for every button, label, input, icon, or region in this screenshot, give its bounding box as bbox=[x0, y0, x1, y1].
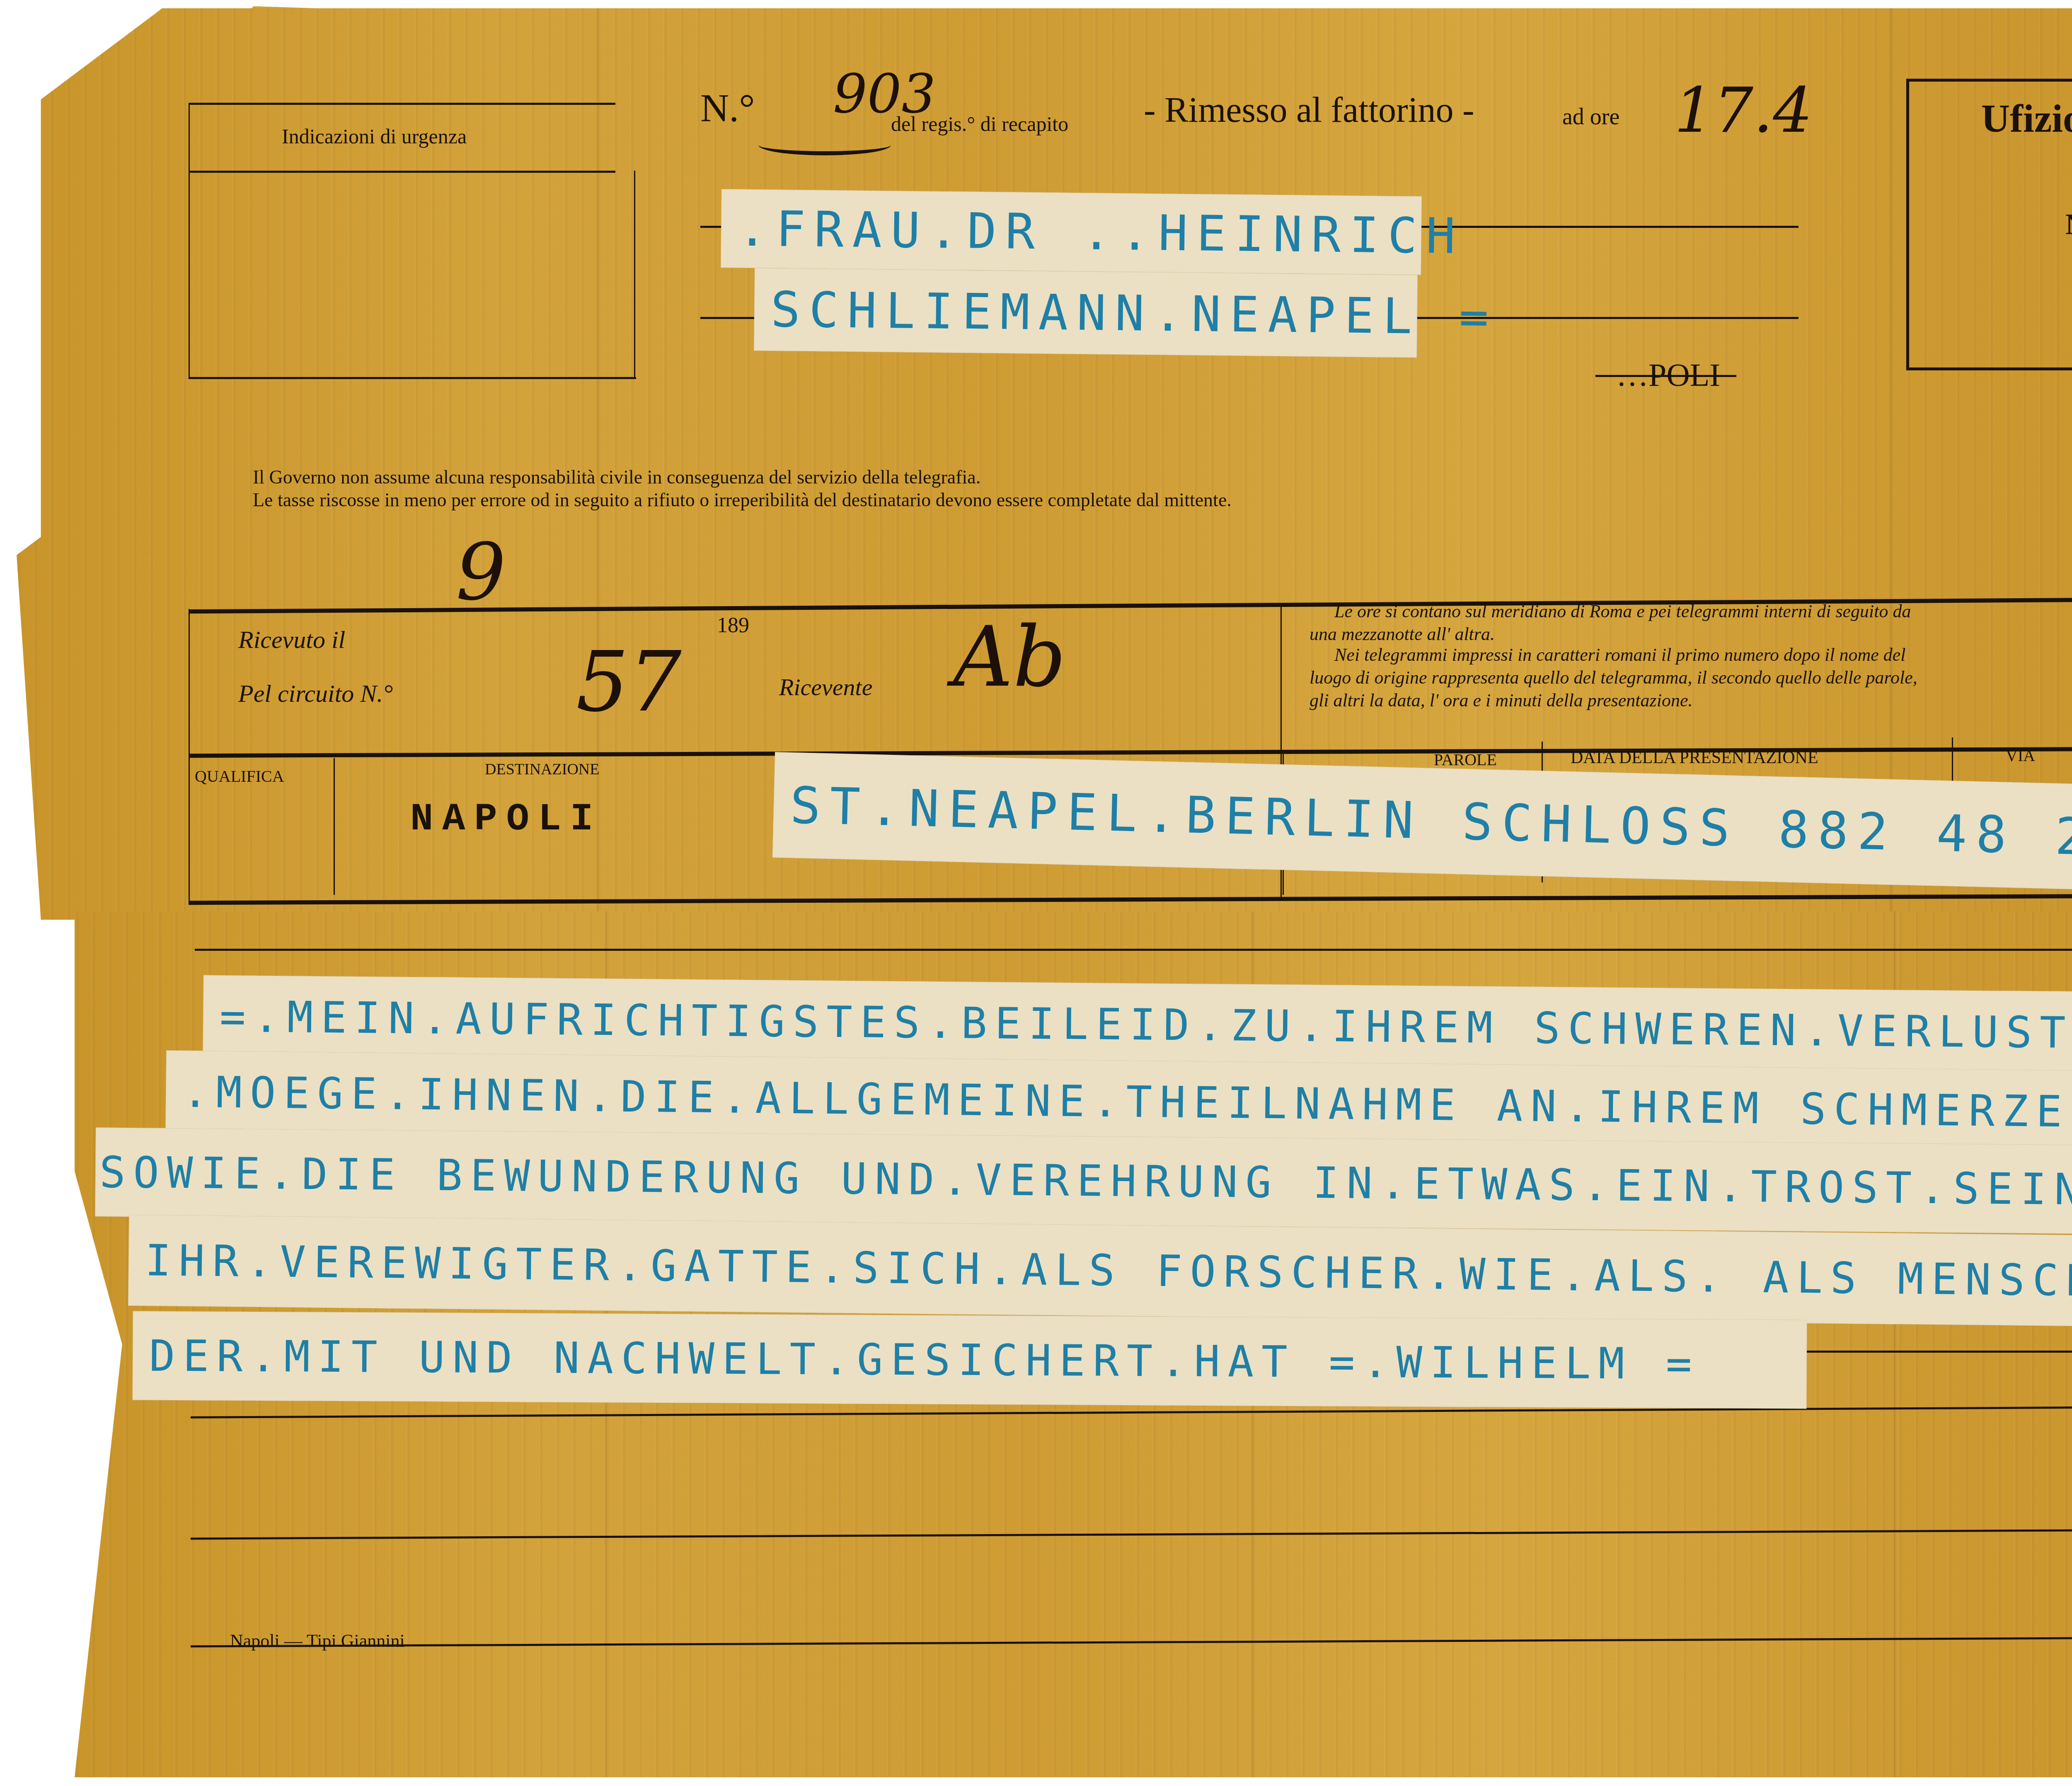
time-label: ad ore bbox=[1562, 104, 1619, 130]
received-label: Ricevuto il bbox=[238, 626, 345, 654]
header-data-presentazione: DATA DELLA PRESENTAZIONE bbox=[1571, 748, 1818, 768]
office-di: DI bbox=[1906, 168, 2072, 186]
circuit-number-handwritten: 57 bbox=[576, 634, 682, 730]
header-destinazione: DESTINAZIONE bbox=[485, 760, 600, 778]
number-label: N.° bbox=[700, 85, 755, 131]
urgency-box-top-rule bbox=[189, 103, 615, 105]
urgency-box-left-rule bbox=[189, 103, 190, 378]
address-line-2: SCHLIEMANN.NEAPEL = bbox=[754, 281, 1498, 346]
header-qualifica: QUALIFICA bbox=[195, 766, 284, 786]
message-rule-3 bbox=[1794, 1351, 2072, 1353]
header-parole: PAROLE bbox=[1434, 750, 1497, 769]
destination-value: NAPOLI bbox=[410, 798, 602, 841]
notice-line-1: Il Governo non assume alcuna responsabil… bbox=[253, 466, 980, 488]
urgency-box-mid-rule bbox=[189, 171, 615, 173]
receipt-day-handwritten: 9 bbox=[456, 526, 506, 618]
message-line-1: =.MEIN.AUFRICHTIGSTES.BEILEID.ZU.IHREM S… bbox=[203, 991, 2072, 1059]
address-tape-2: SCHLIEMANN.NEAPEL = bbox=[754, 268, 1418, 358]
message-line-2: .MOEGE.IHNEN.DIE.ALLGEMEINE.THEILNAHME A… bbox=[165, 1066, 2070, 1137]
address-city-fragment: …POLI bbox=[1616, 356, 1720, 394]
delivered-to-messenger-label: - Rimesso al fattorino - bbox=[1144, 89, 1474, 131]
receiver-signature: Ab bbox=[953, 609, 1066, 706]
notice-line-2: Le tasse riscosse in meno per errore od … bbox=[253, 489, 1232, 511]
info-line-5: gli altri la data, l' ora e i minuti del… bbox=[1310, 690, 1692, 711]
message-line-4: IHR.VEREWIGTER.GATTE.SICH.ALS FORSCHER.W… bbox=[128, 1235, 2072, 1308]
year-prefix: 189 bbox=[717, 613, 749, 638]
urgency-label: Indicazioni di urgenza bbox=[282, 124, 467, 148]
header-via: VIA bbox=[2006, 746, 2035, 765]
info-line-4: luogo di origine rappresenta quello del … bbox=[1310, 667, 1917, 688]
office-title: Ufizio Telegrafico bbox=[1906, 95, 2072, 141]
urgency-box-bottom-rule bbox=[189, 377, 636, 379]
address-tape-1: .FRAU.DR ..HEINRICH bbox=[721, 189, 1422, 275]
col-divider-1 bbox=[334, 758, 335, 895]
info-line-3: Nei telegrammi impressi in caratteri rom… bbox=[1334, 644, 1906, 665]
message-line-3: SOWIE.DIE BEWUNDERUNG UND.VEREHRUNG IN.E… bbox=[95, 1147, 2072, 1216]
office-city: NAPOLI bbox=[1906, 207, 2072, 242]
delivery-time-handwritten: 17.4 bbox=[1674, 75, 1813, 147]
origin-line: ST.NEAPEL.BERLIN SCHLOSS 882 48 29 5,46 bbox=[773, 775, 2072, 872]
info-line-2: una mezzanotte all' altra. bbox=[1310, 624, 1495, 645]
message-tape-5: DER.MIT UND NACHWELT.GESICHERT.HAT =.WIL… bbox=[132, 1311, 1807, 1409]
info-line-1: Le ore si contano sul meridiano di Roma … bbox=[1334, 601, 1911, 622]
printer-imprint: Napoli — Tipi Giannini bbox=[230, 1630, 405, 1651]
message-line-5: DER.MIT UND NACHWELT.GESICHERT.HAT =.WIL… bbox=[133, 1330, 1700, 1389]
address-line-1: .FRAU.DR ..HEINRICH bbox=[721, 200, 1464, 265]
register-label: del regis.° di recapito bbox=[891, 112, 1068, 136]
ornament-flourish bbox=[758, 135, 891, 155]
form-left-border bbox=[189, 609, 190, 903]
urgency-box-right-rule bbox=[634, 171, 635, 378]
receiver-label: Ricevente bbox=[779, 673, 872, 701]
message-rule-0 bbox=[195, 949, 2072, 951]
circuit-label: Pel circuito N.° bbox=[238, 679, 393, 708]
